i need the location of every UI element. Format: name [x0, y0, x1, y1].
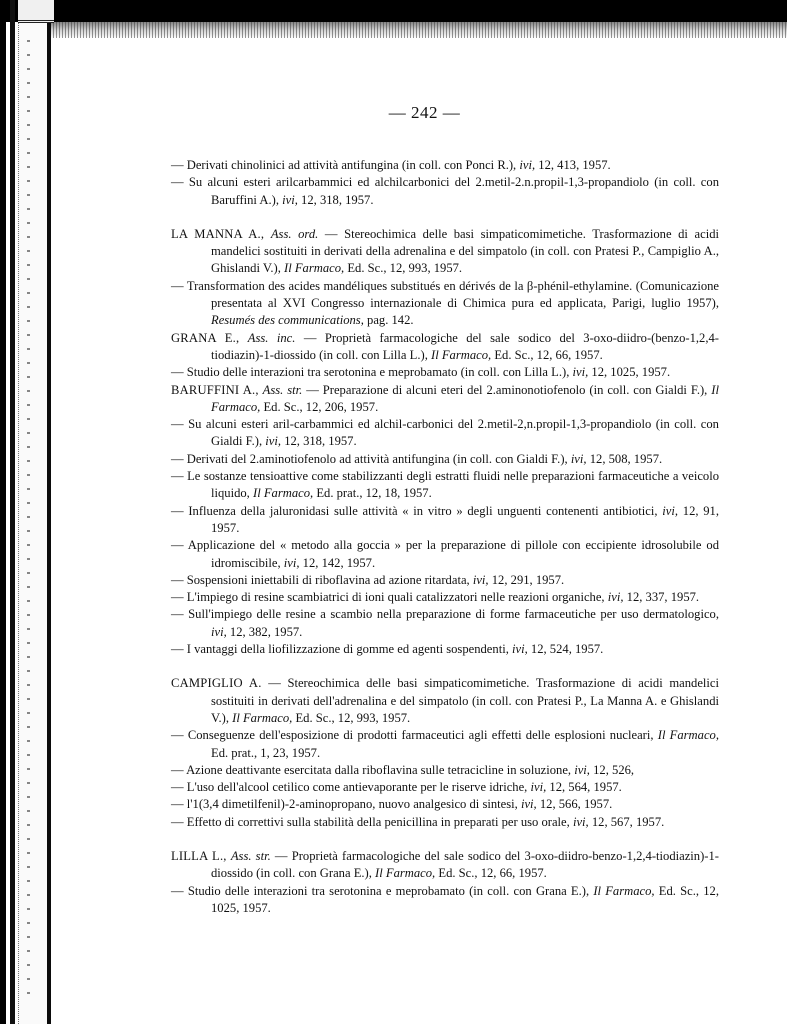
entry-title: Su alcuni esteri arilcarbammici ed alchi… — [189, 175, 719, 206]
entry-role: Ass. str. — [263, 383, 303, 397]
entry-journal: ivi, — [571, 452, 587, 466]
entry-title: Azione deattivante esercitata dalla ribo… — [186, 763, 571, 777]
entry-ref: 12, 318, 1957. — [284, 434, 356, 448]
entry-ref: 12, 526, — [593, 763, 634, 777]
page-number: — 242 — — [0, 103, 787, 123]
entry-title: Derivati chinolinici ad attività antifun… — [187, 158, 516, 172]
bibliography-entry: — Su alcuni esteri aril-carbammici ed al… — [171, 416, 719, 451]
entry-journal: ivi, — [519, 158, 535, 172]
entry-ref: 12, 508, 1957. — [590, 452, 662, 466]
entry-journal: ivi, — [284, 556, 300, 570]
entry-journal: Il Farmaco, — [593, 884, 654, 898]
bibliography-entry: — Sospensioni iniettabili di riboflavina… — [171, 572, 719, 589]
bibliography-entry: LILLA L., Ass. str. — Proprietà farmacol… — [171, 848, 719, 883]
bibliography-entry: CAMPIGLIO A. — Stereochimica delle basi … — [171, 675, 719, 727]
entry-ref: 12, 382, 1957. — [230, 625, 302, 639]
entry-role: Ass. inc. — [248, 331, 296, 345]
entry-author: LA MANNA A., — [171, 227, 264, 241]
bibliography-entry: — Transformation des acides mandéliques … — [171, 278, 719, 330]
entry-dash: — — [171, 504, 184, 518]
entry-dash: — — [304, 331, 317, 345]
entry-journal: ivi, — [521, 797, 537, 811]
entry-dash: — — [171, 607, 184, 621]
entry-dash: — — [171, 763, 184, 777]
bibliography-entry: LA MANNA A., Ass. ord. — Stereochimica d… — [171, 226, 719, 278]
entry-dash: — — [171, 815, 184, 829]
entry-journal: ivi, — [282, 193, 298, 207]
section-campiglio: CAMPIGLIO A. — Stereochimica delle basi … — [171, 675, 719, 831]
entry-title: L'uso dell'alcool cetilico come antievap… — [187, 780, 528, 794]
bibliography-entry: — Studio delle interazioni tra serotonin… — [171, 883, 719, 918]
entry-title: l'1(3,4 dimetilfenil)-2-aminopropano, nu… — [187, 797, 518, 811]
entry-title: Studio delle interazioni tra serotonina … — [187, 365, 570, 379]
section-lilla: LILLA L., Ass. str. — Proprietà farmacol… — [171, 848, 719, 917]
entry-ref: 12, 566, 1957. — [540, 797, 612, 811]
entry-title: Influenza della jaluronidasi sulle attiv… — [188, 504, 657, 518]
entry-ref: 12, 337, 1957. — [627, 590, 699, 604]
section-gap — [171, 658, 719, 675]
bibliography-entry: — Conseguenze dell'esposizione di prodot… — [171, 727, 719, 762]
entry-author: CAMPIGLIO A. — [171, 676, 262, 690]
entry-ref: 12, 1025, 1957. — [591, 365, 670, 379]
entry-journal: ivi, — [662, 504, 678, 518]
bibliography-entry: BARUFFINI A., Ass. str. — Preparazione d… — [171, 382, 719, 417]
bibliography-entry: — I vantaggi della liofilizzazione di go… — [171, 641, 719, 658]
bibliography-entry: — Derivati del 2.aminotiofenolo ad attiv… — [171, 451, 719, 468]
entry-journal: ivi, — [608, 590, 624, 604]
document-page: — 242 — — Derivati chinolinici ad attivi… — [0, 0, 787, 1024]
entry-dash: — — [171, 780, 184, 794]
bibliography-entry: — Sull'impiego delle resine a scambio ne… — [171, 606, 719, 641]
entry-journal: ivi, — [473, 573, 489, 587]
entry-ref: Ed. Sc., 12, 66, 1957. — [438, 866, 546, 880]
entry-dash: — — [306, 383, 319, 397]
entry-journal: Il Farmaco, — [284, 261, 344, 275]
entry-dash: — — [268, 676, 281, 690]
entry-ref: pag. 142. — [367, 313, 414, 327]
entry-journal: Il Farmaco, — [658, 728, 719, 742]
entry-ref: 12, 567, 1957. — [592, 815, 664, 829]
entry-dash: — — [171, 797, 184, 811]
entry-ref: 12, 524, 1957. — [531, 642, 603, 656]
entry-dash: — — [171, 279, 184, 293]
entry-ref: Ed. Sc., 12, 993, 1957. — [295, 711, 410, 725]
bibliography-list: — Derivati chinolinici ad attività antif… — [171, 157, 719, 917]
entry-title: I vantaggi della liofilizzazione di gomm… — [187, 642, 509, 656]
entry-dash: — — [171, 469, 184, 483]
entry-ref: Ed. Sc., 12, 993, 1957. — [347, 261, 462, 275]
bibliography-entry: — Applicazione del « metodo alla goccia … — [171, 537, 719, 572]
entry-ref: 12, 318, 1957. — [301, 193, 373, 207]
bibliography-entry: — L'impiego di resine scambiatrici di io… — [171, 589, 719, 606]
entry-title: Sull'impiego delle resine a scambio nell… — [188, 607, 719, 621]
entry-title: Sospensioni iniettabili di riboflavina a… — [187, 573, 470, 587]
entry-ref: 12, 564, 1957. — [549, 780, 621, 794]
entry-ref: Ed. Sc., 12, 206, 1957. — [263, 400, 378, 414]
entry-ref: Ed. prat., 1, 23, 1957. — [211, 746, 320, 760]
entry-journal: ivi, — [530, 780, 546, 794]
entry-ref: Ed. prat., 12, 18, 1957. — [316, 486, 431, 500]
bibliography-entry: — Studio delle interazioni tra serotonin… — [171, 364, 719, 381]
section-gap — [171, 831, 719, 848]
entry-dash: — — [171, 175, 184, 189]
bibliography-entry: — Influenza della jaluronidasi sulle att… — [171, 503, 719, 538]
entry-journal: Il Farmaco, — [431, 348, 491, 362]
entry-author: LILLA L., — [171, 849, 227, 863]
entry-ref: Ed. Sc., 12, 66, 1957. — [494, 348, 602, 362]
bibliography-entry: — Derivati chinolinici ad attività antif… — [171, 157, 719, 174]
entry-title: Applicazione del « metodo alla goccia » … — [188, 538, 719, 569]
entry-dash: — — [171, 365, 184, 379]
entry-dash: — — [171, 158, 184, 172]
bibliography-entry: — Su alcuni esteri arilcarbammici ed alc… — [171, 174, 719, 209]
entry-title: Studio delle interazioni tra serotonina … — [188, 884, 589, 898]
entry-ref: 12, 291, 1957. — [492, 573, 564, 587]
entry-journal: ivi, — [573, 815, 589, 829]
section-gap — [171, 209, 719, 226]
entry-dash: — — [171, 590, 184, 604]
entry-dash: — — [325, 227, 338, 241]
entry-journal: Il Farmaco, — [232, 711, 292, 725]
entry-dash: — — [171, 452, 184, 466]
entry-role: Ass. ord. — [271, 227, 318, 241]
entry-title: L'impiego di resine scambiatrici di ioni… — [187, 590, 605, 604]
entry-dash: — — [171, 417, 184, 431]
entry-title: Transformation des acides mandéliques su… — [187, 279, 719, 310]
entry-title: Conseguenze dell'esposizione di prodotti… — [188, 728, 654, 742]
entry-journal: Resumés des communications, — [211, 313, 364, 327]
bibliography-entry: — Azione deattivante esercitata dalla ri… — [171, 762, 719, 779]
bibliography-entry: — Effetto di correttivi sulla stabilità … — [171, 814, 719, 831]
entry-dash: — — [171, 642, 184, 656]
entry-journal: ivi, — [512, 642, 528, 656]
entry-dash: — — [171, 573, 184, 587]
entry-dash: — — [275, 849, 288, 863]
entry-journal: ivi, — [573, 365, 589, 379]
entry-dash: — — [171, 728, 184, 742]
section-authors: LA MANNA A., Ass. ord. — Stereochimica d… — [171, 226, 719, 658]
entry-ref: 12, 413, 1957. — [538, 158, 610, 172]
entry-journal: Il Farmaco, — [375, 866, 435, 880]
bibliography-entry: GRANA E., Ass. inc. — Proprietà farmacol… — [171, 330, 719, 365]
bibliography-entry: — L'uso dell'alcool cetilico come antiev… — [171, 779, 719, 796]
entry-title: Effetto di correttivi sulla stabilità de… — [187, 815, 570, 829]
entry-author: GRANA E., — [171, 331, 239, 345]
bibliography-entry: — l'1(3,4 dimetilfenil)-2-aminopropano, … — [171, 796, 719, 813]
entry-journal: ivi, — [574, 763, 590, 777]
entry-journal: ivi, — [265, 434, 281, 448]
bibliography-entry: — Le sostanze tensioattive come stabiliz… — [171, 468, 719, 503]
entry-journal: ivi, — [211, 625, 227, 639]
entry-role: Ass. str. — [231, 849, 271, 863]
section-continuation: — Derivati chinolinici ad attività antif… — [171, 157, 719, 209]
entry-author: BARUFFINI A., — [171, 383, 259, 397]
entry-ref: 12, 142, 1957. — [303, 556, 375, 570]
entry-dash: — — [171, 538, 184, 552]
entry-title: Derivati del 2.aminotiofenolo ad attivit… — [187, 452, 568, 466]
entry-dash: — — [171, 884, 184, 898]
entry-journal: Il Farmaco, — [253, 486, 313, 500]
entry-title: Preparazione di alcuni eteri del 2.amino… — [323, 383, 708, 397]
